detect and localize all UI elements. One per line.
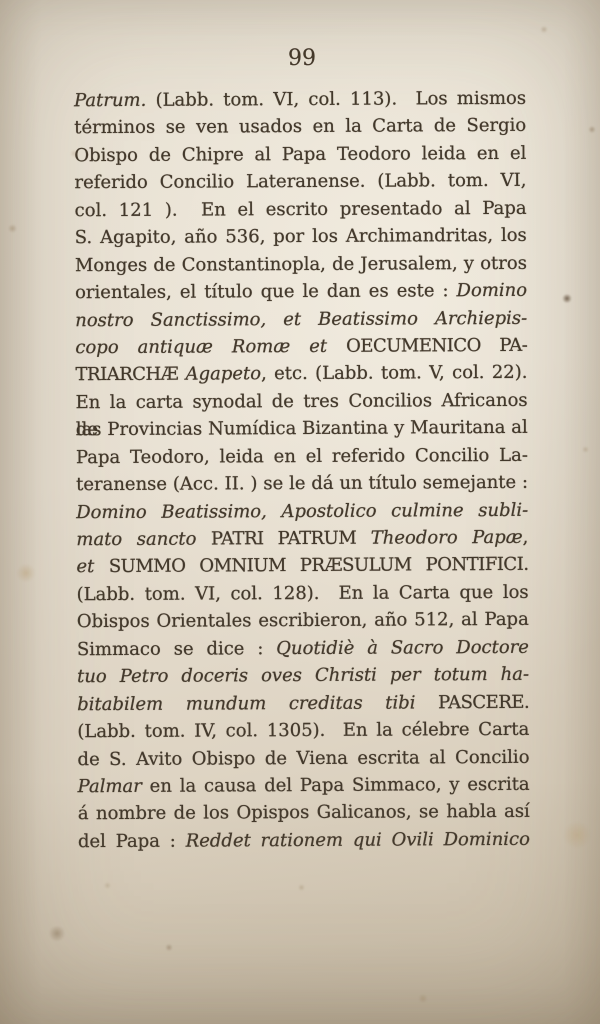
text-segment: nostro Sanctissimo, et Beatissimo Archie…	[75, 307, 527, 330]
text-segment: copo antiquæ Romæ et	[75, 336, 346, 358]
text-segment: Patrum.	[74, 90, 146, 111]
text-line: referido Concilio Lateranense. (Labb. to…	[74, 167, 526, 197]
text-line: teranense (Acc. II. ) se le dá un título…	[76, 469, 528, 499]
foxing-spot	[165, 944, 173, 951]
text-segment: et	[76, 556, 108, 577]
text-segment: tuo Petro doceris oves Christi per totum…	[77, 664, 529, 687]
text-segment: Obispos Orientales escribieron, año 512,…	[77, 609, 529, 632]
text-segment: Palmar	[78, 776, 142, 797]
text-line: Palmar en la causa del Papa Simmaco, y e…	[78, 771, 530, 801]
text-line: S. Agapito, año 536, por los Archimandri…	[75, 222, 527, 252]
foxing-spot	[418, 994, 428, 1003]
text-line: mato sancto PATRI PATRUM Theodoro Papæ,	[76, 524, 528, 554]
book-page-photo: 99 Patrum. (Labb. tom. VI, col. 113). Lo…	[0, 0, 600, 1024]
text-segment: Papa Teodoro, leida en el referido Conci…	[76, 445, 528, 468]
text-segment: Quotidiè à Sacro Doctore	[276, 637, 529, 659]
text-segment: mato sancto	[76, 528, 211, 550]
foxing-spot	[48, 926, 66, 941]
text-line: nostro Sanctissimo, et Beatissimo Archie…	[75, 304, 527, 334]
text-segment: Reddet rationem qui Ovili Dominico	[186, 829, 530, 852]
text-segment: Monges de Constantinopla, de Jerusalem, …	[75, 252, 527, 275]
text-line: bitabilem mundum creditas tibi PASCERE.	[77, 688, 529, 718]
text-segment: , etc. (Labb. tom. V, col. 22).	[261, 362, 528, 384]
text-segment: orientales, el título que le dan es este…	[75, 280, 457, 303]
text-segment: Domino	[456, 280, 527, 301]
text-segment: en la causa del Papa Simmaco, y escrita	[142, 774, 530, 797]
text-segment: Theodoro Papæ	[356, 527, 522, 549]
text-segment: PATRI PATRUM	[211, 528, 356, 550]
text-line: TRIARCHÆ Agapeto, etc. (Labb. tom. V, co…	[75, 359, 527, 389]
text-segment: las Provincias Numídica Bizantina y Maur…	[76, 417, 528, 440]
text-segment: SUMMO OMNIUM PRÆSULUM PONTIFICI.	[109, 554, 529, 577]
text-segment: PASCERE.	[438, 691, 529, 712]
text-line: Monges de Constantinopla, de Jerusalem, …	[75, 249, 527, 279]
text-segment: Obispo de Chipre al Papa Teodoro leida e…	[74, 143, 526, 166]
text-segment: á nombre de los Opispos Galicanos, se ha…	[78, 801, 530, 824]
text-line: col. 121 ). En el escrito presentado al …	[75, 195, 527, 225]
text-line: et SUMMO OMNIUM PRÆSULUM PONTIFICI.	[76, 551, 528, 581]
text-line: de S. Avito Obispo de Viena escrita al C…	[77, 743, 529, 773]
text-segment: OECUMENICO PA-	[346, 335, 527, 357]
text-line: tuo Petro doceris oves Christi per totum…	[77, 661, 529, 691]
page-number: 99	[76, 46, 528, 71]
text-line: (Labb. tom. VI, col. 128). En la Carta q…	[77, 579, 529, 609]
text-line: Papa Teodoro, leida en el referido Conci…	[76, 442, 528, 472]
text-segment: ,	[523, 527, 529, 548]
text-line: copo antiquæ Romæ et OECUMENICO PA-	[75, 332, 527, 362]
text-segment: TRIARCHÆ	[75, 364, 178, 386]
text-line: las Provincias Numídica Bizantina y Maur…	[76, 414, 528, 444]
text-segment: teranense (Acc. II. ) se le dá un título…	[76, 472, 528, 495]
text-line: Obispo de Chipre al Papa Teodoro leida e…	[74, 140, 526, 170]
text-segment: col. 121 ). En el escrito presentado al …	[75, 198, 527, 221]
foxing-spot	[104, 882, 111, 889]
text-line: (Labb. tom. IV, col. 1305). En la célebr…	[77, 716, 529, 746]
text-segment: términos se ven usados en la Carta de Se…	[74, 115, 526, 138]
page-text: Patrum. (Labb. tom. VI, col. 113). Los m…	[74, 85, 530, 856]
text-line: Obispos Orientales escribieron, año 512,…	[77, 606, 529, 636]
foxing-spot	[16, 564, 36, 582]
text-segment: Agapeto	[178, 364, 261, 385]
text-segment: S. Agapito, año 536, por los Archimandri…	[75, 225, 527, 248]
text-segment: (Labb. tom. VI, col. 113). Los mismos	[146, 88, 526, 111]
text-line: Patrum. (Labb. tom. VI, col. 113). Los m…	[74, 85, 526, 115]
foxing-spot	[298, 884, 305, 891]
foxing-spot	[562, 294, 572, 303]
text-segment: bitabilem mundum creditas tibi	[77, 692, 438, 715]
text-line: Domino Beatissimo, Apostolico culmine su…	[76, 496, 528, 526]
text-line: del Papa : Reddet rationem qui Ovili Dom…	[78, 826, 530, 856]
text-segment: de S. Avito Obispo de Viena escrita al C…	[77, 746, 529, 769]
foxing-spot	[8, 224, 17, 233]
foxing-spot	[562, 822, 592, 848]
text-line: Simmaco se dice : Quotidiè à Sacro Docto…	[77, 634, 529, 664]
text-segment: del Papa :	[78, 830, 186, 852]
text-segment: Domino Beatissimo, Apostolico culmine su…	[76, 499, 528, 522]
foxing-spot	[582, 446, 589, 453]
foxing-spot	[540, 26, 548, 33]
text-line: orientales, el título que le dan es este…	[75, 277, 527, 307]
text-line: á nombre de los Opispos Galicanos, se ha…	[78, 798, 530, 828]
text-segment: referido Concilio Lateranense. (Labb. to…	[74, 170, 526, 193]
text-line: términos se ven usados en la Carta de Se…	[74, 112, 526, 142]
text-line: En la carta synodal de tres Concilios Af…	[76, 387, 528, 417]
text-segment: Simmaco se dice :	[77, 638, 276, 660]
foxing-spot	[588, 126, 596, 133]
text-segment: (Labb. tom. IV, col. 1305). En la célebr…	[77, 719, 529, 742]
text-segment: (Labb. tom. VI, col. 128). En la Carta q…	[77, 582, 529, 605]
